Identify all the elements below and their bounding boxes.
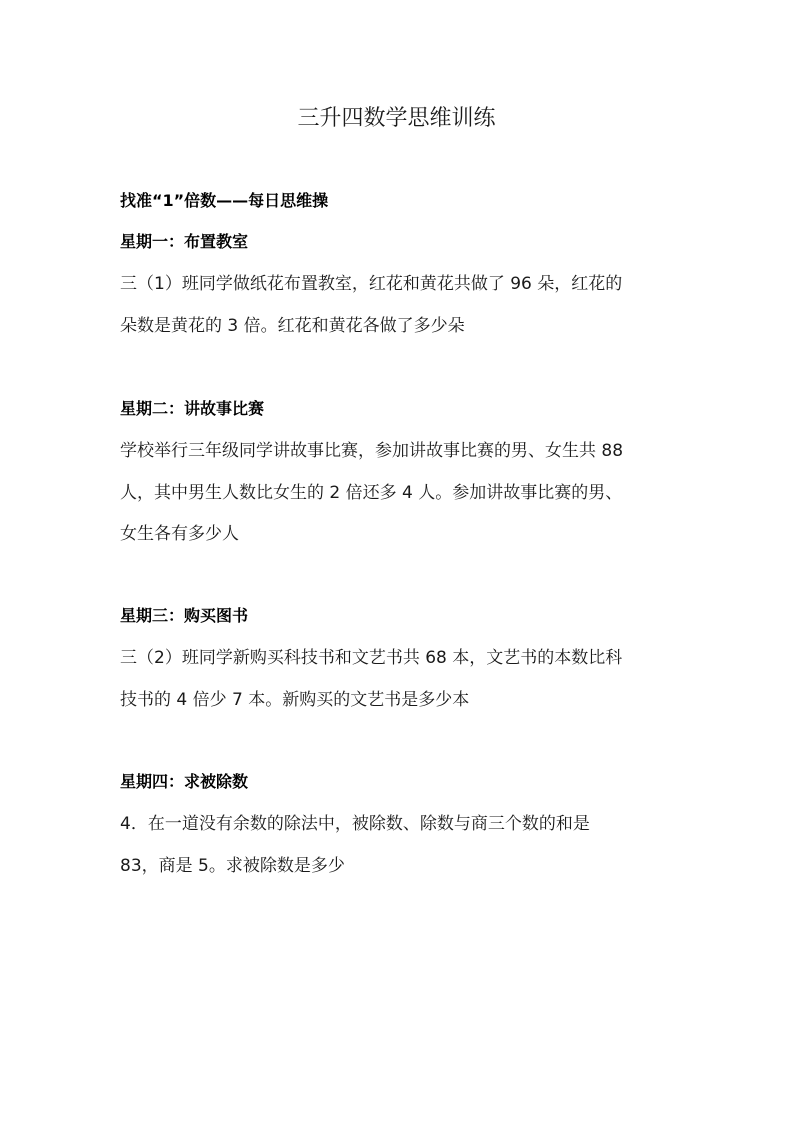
section-text-tuesday-line-2: 人，其中男生人数比女生的 2 倍还多 4 人。参加讲故事比赛的男、 (120, 481, 622, 505)
section-heading-wednesday: 星期三：购买图书 (120, 604, 248, 628)
page-title: 三升四数学思维训练 (0, 104, 793, 134)
section-text-tuesday-line-3: 女生各有多少人 (120, 522, 239, 546)
subtitle: 找准“1”倍数——每日思维操 (120, 189, 328, 213)
section-heading-tuesday: 星期二：讲故事比赛 (120, 397, 264, 421)
section-text-thursday-line-1: 4．在一道没有余数的除法中，被除数、除数与商三个数的和是 (120, 812, 590, 836)
document-page: 三升四数学思维训练 找准“1”倍数——每日思维操 星期一：布置教室 三（1）班同… (0, 0, 793, 1122)
section-text-monday-line-2: 朵数是黄花的 3 倍。红花和黄花各做了多少朵 (120, 314, 465, 338)
section-text-wednesday-line-2: 技书的 4 倍少 7 本。新购买的文艺书是多少本 (120, 688, 469, 712)
section-heading-thursday: 星期四：求被除数 (120, 770, 248, 794)
section-heading-monday: 星期一：布置教室 (120, 230, 248, 254)
section-text-wednesday-line-1: 三（2）班同学新购买科技书和文艺书共 68 本，文艺书的本数比科 (120, 646, 622, 670)
section-text-tuesday-line-1: 学校举行三年级同学讲故事比赛，参加讲故事比赛的男、女生共 88 (120, 439, 623, 463)
section-text-thursday-line-2: 83，商是 5。求被除数是多少 (120, 854, 345, 878)
section-text-monday-line-1: 三（1）班同学做纸花布置教室，红花和黄花共做了 96 朵，红花的 (120, 272, 622, 296)
